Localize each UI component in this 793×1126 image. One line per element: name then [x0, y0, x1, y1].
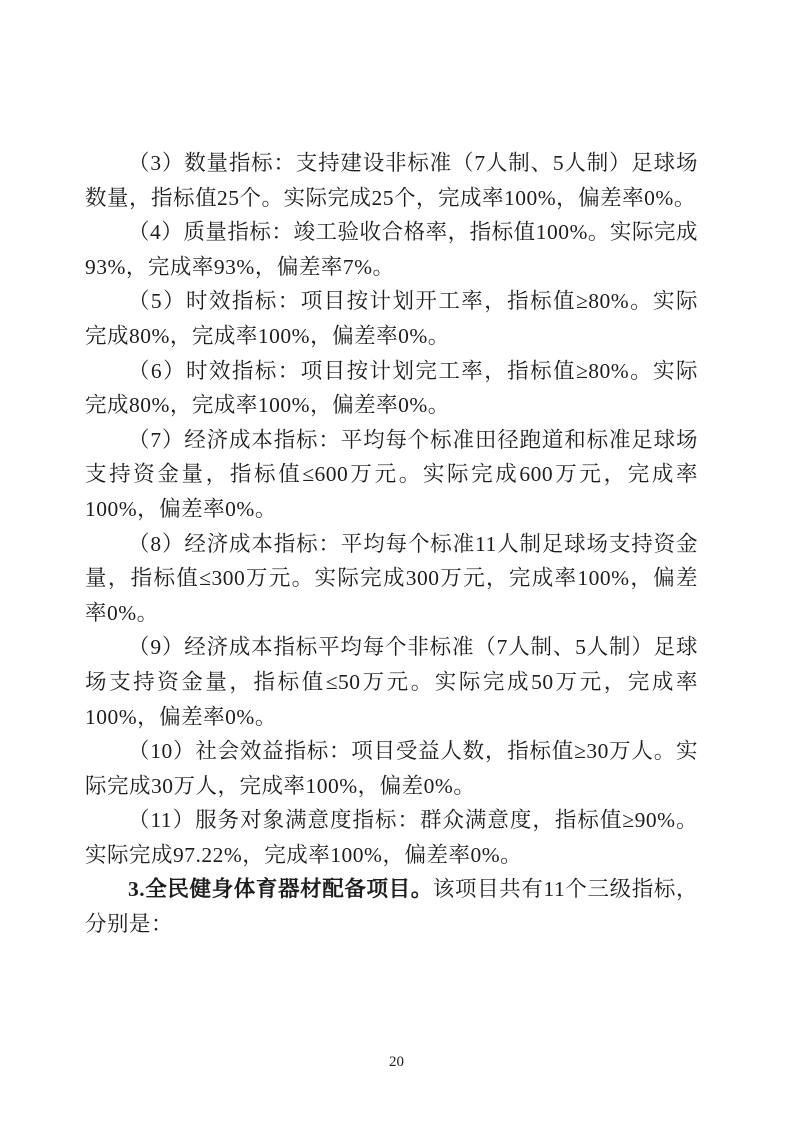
paragraph-indicator-11: （11）服务对象满意度指标：群众满意度，指标值≥90%。实际完成97.22%，完…: [85, 803, 698, 872]
paragraph-indicator-8: （8）经济成本指标：平均每个标准11人制足球场支持资金量，指标值≤300万元。实…: [85, 527, 698, 631]
paragraph-indicator-5: （5）时效指标：项目按计划开工率，指标值≥80%。实际完成80%，完成率100%…: [85, 284, 698, 353]
document-body: （3）数量指标：支持建设非标准（7人制、5人制）足球场数量，指标值25个。实际完…: [85, 146, 698, 942]
document-page: （3）数量指标：支持建设非标准（7人制、5人制）足球场数量，指标值25个。实际完…: [0, 0, 793, 1126]
paragraph-indicator-4: （4）质量指标：竣工验收合格率，指标值100%。实际完成93%，完成率93%，偏…: [85, 215, 698, 284]
section-heading-bold: 3.全民健身体育器材配备项目。: [128, 877, 433, 901]
paragraph-indicator-10: （10）社会效益指标：项目受益人数，指标值≥30万人。实际完成30万人，完成率1…: [85, 734, 698, 803]
paragraph-section-3: 3.全民健身体育器材配备项目。该项目共有11个三级指标，分别是：: [85, 872, 698, 941]
paragraph-indicator-3: （3）数量指标：支持建设非标准（7人制、5人制）足球场数量，指标值25个。实际完…: [85, 146, 698, 215]
paragraph-indicator-7: （7）经济成本指标：平均每个标准田径跑道和标准足球场支持资金量，指标值≤600万…: [85, 423, 698, 527]
page-number: 20: [389, 1054, 404, 1070]
paragraph-indicator-9: （9）经济成本指标平均每个非标准（7人制、5人制）足球场支持资金量，指标值≤50…: [85, 630, 698, 734]
paragraph-indicator-6: （6）时效指标：项目按计划完工率，指标值≥80%。实际完成80%，完成率100%…: [85, 354, 698, 423]
page-footer: 20: [0, 1052, 793, 1072]
